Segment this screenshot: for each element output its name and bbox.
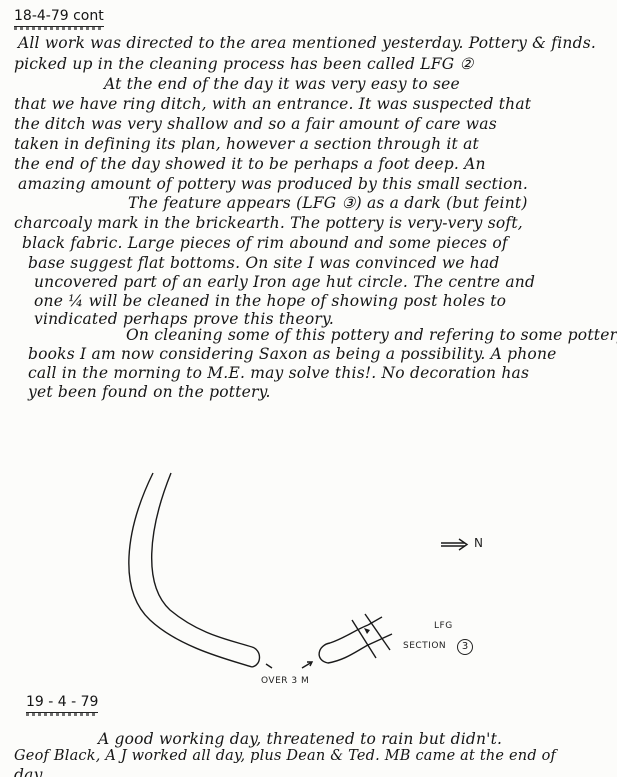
text-line: day.	[14, 766, 46, 777]
text-line: Geof Black, A J worked all day, plus Dea…	[14, 748, 556, 764]
text-line: A good working day, threatened to rain b…	[98, 730, 502, 748]
north-label: N	[474, 536, 483, 550]
ring-ditch-sketch	[0, 0, 617, 777]
gap-label: OVER 3 M	[261, 676, 309, 686]
section-label-lfg: LFG	[434, 621, 453, 631]
section-number-badge: 3	[457, 636, 473, 655]
notebook-page: 18-4-79 cont All work was directed to th…	[0, 0, 617, 777]
section-label: SECTION	[403, 641, 446, 651]
section-number: 3	[457, 639, 473, 655]
entry-date: 19 - 4 - 79	[26, 694, 98, 713]
